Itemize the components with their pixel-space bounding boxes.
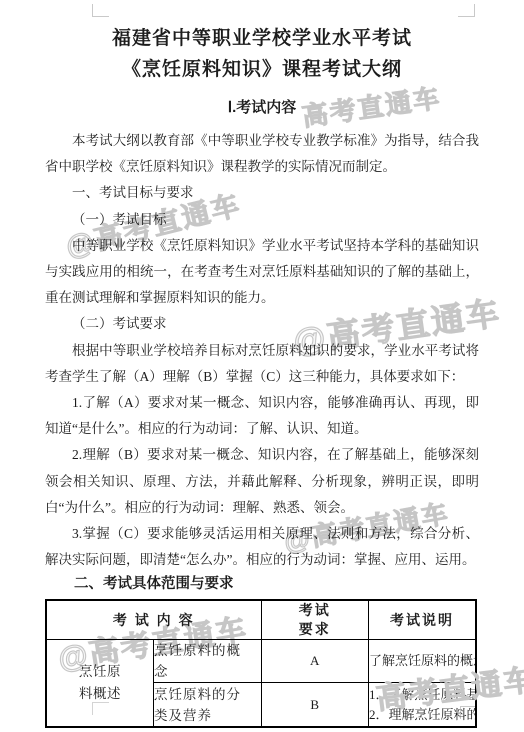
document-page: 高考直通车 @高考直通车 @高考直通车 @高考直通车 @高考直通车 高考直通车 … [0, 0, 524, 732]
page-title-line2: 《烹饪原料知识》课程考试大纲 [45, 58, 479, 81]
document-content: 福建省中等职业学校学业水平考试 《烹饪原料知识》课程考试大纲 Ⅰ.考试内容 本考… [45, 0, 479, 728]
table-cell-group-label: 烹饪原 料概述 [46, 640, 154, 727]
paragraph-level-c: 3.掌握（C）要求能够灵活运用相关原理、法则和方法，综合分析、解决实际问题，即清… [45, 521, 479, 573]
table-cell-topic: 烹饪原料的分 类及营养 [154, 683, 262, 727]
column-header-exam-content: 考 试 内 容 [46, 600, 261, 640]
table-header-row: 考 试 内 容 考试 要求 考试说明 [46, 600, 476, 640]
paragraph-level-b: 2.理解（B）要求对某一概念、知识内容，在了解基础上，能够深刻领会相关知识、原理… [45, 442, 479, 521]
subheading-exam-requirements: （二）考试要求 [45, 311, 479, 337]
body-text: 本考试大纲以教育部《中等职业学校专业教学标准》为指导，结合我省中职学校《烹饪原料… [45, 128, 479, 573]
table-cell-description: 了解烹饪原料的概念及发展概况。 [369, 640, 477, 683]
table-cell-topic: 烹饪原料的概 念 [154, 640, 262, 683]
column-header-exam-requirement: 考试 要求 [261, 600, 369, 640]
page-title-line1: 福建省中等职业学校学业水平考试 [45, 27, 479, 50]
section-heading-exam-scope: 二、考试具体范围与要求 [45, 574, 479, 595]
exam-requirements-table: 考 试 内 容 考试 要求 考试说明 烹饪原 料概述 烹饪原料的概 念 A 了解… [45, 599, 477, 728]
column-header-exam-description: 考试说明 [369, 600, 477, 640]
paragraph: 中等职业学校《烹饪原料知识》学业水平考试坚持本学科的基础知识与实践应用的相统一，… [45, 233, 479, 312]
subheading-exam-goals: （一）考试目标 [45, 207, 479, 233]
table-cell-level: A [261, 640, 369, 683]
paragraph: 根据中等职业学校培养目标对烹饪原料知识的要求，学业水平考试将考查学生了解（A）理… [45, 338, 479, 390]
paragraph-level-a: 1.了解（A）要求对某一概念、知识内容，能够准确再认、再现，即知道“是什么”。相… [45, 390, 479, 442]
paragraph: 本考试大纲以教育部《中等职业学校专业教学标准》为指导，结合我省中职学校《烹饪原料… [45, 128, 479, 180]
table-cell-description: 1．了解烹饪原料基本营养成分； 2．理解烹饪原料的分类及其分类原则 [369, 683, 477, 727]
table-cell-level: B [261, 683, 369, 727]
subheading-exam-goals-and-requirements: 一、考试目标与要求 [45, 180, 479, 206]
table-row: 烹饪原 料概述 烹饪原料的概 念 A 了解烹饪原料的概念及发展概况。 [46, 640, 476, 683]
section-heading-exam-content: Ⅰ.考试内容 [45, 97, 479, 118]
